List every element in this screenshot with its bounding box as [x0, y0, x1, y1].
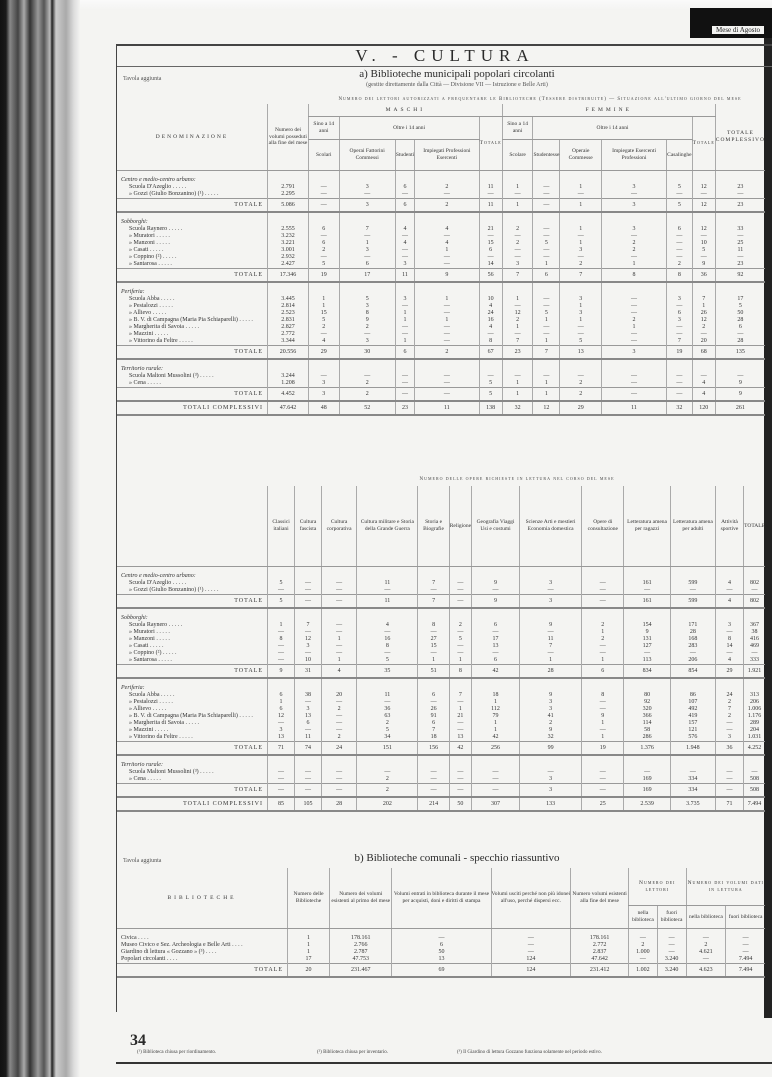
value: —: [450, 727, 471, 734]
total-value: 19: [309, 269, 340, 283]
value: 11: [480, 184, 502, 191]
value: —: [396, 254, 414, 261]
value: 1: [288, 935, 329, 942]
value-col: 1—8———: [268, 608, 295, 665]
value: —: [268, 629, 294, 636]
value: 2: [602, 240, 666, 247]
value-col: 53892—3: [339, 282, 395, 346]
value: 13: [450, 734, 471, 741]
value: 11: [357, 580, 417, 587]
value: —: [726, 935, 765, 942]
total-value: 802: [744, 595, 765, 609]
total-value: 6: [533, 269, 560, 283]
value: —: [396, 233, 414, 240]
value: 3: [520, 706, 581, 713]
value: —: [472, 629, 519, 636]
value: —: [396, 373, 414, 380]
group-label: Sobborghi:: [121, 615, 267, 622]
table-row: Centro e medio-centro urbano:Scuola D'Az…: [117, 171, 765, 199]
total-value: 29: [715, 665, 743, 679]
school-label: Scuola Maltoni Mussolini (³) . . . . .: [121, 373, 267, 380]
library-label: Giardino di lettura « Gozzano » (³) . . …: [121, 949, 287, 956]
value: —: [503, 331, 533, 338]
col-m-1: Operai Fattorini Commessi: [339, 140, 395, 171]
value: —: [295, 776, 321, 783]
value: —: [582, 650, 623, 657]
col-m-2: Studenti: [395, 140, 414, 171]
value: 4: [480, 303, 502, 310]
value: —: [472, 587, 519, 594]
value-col: 86107492419157121576: [670, 678, 715, 742]
total-value: 9: [472, 595, 520, 609]
value: —: [415, 310, 478, 317]
value: 10: [295, 657, 321, 664]
value-col: 3—22—1: [601, 212, 666, 269]
value-col: 3—11——1: [395, 282, 414, 346]
value: 2: [357, 776, 417, 783]
value: —: [322, 587, 356, 594]
total-value: 11: [395, 269, 414, 283]
value-col: 7—: [418, 567, 449, 595]
value: —: [322, 769, 356, 776]
row-labels: Sobborghi:Scuola Raynero . . . . .» Mura…: [117, 212, 268, 269]
value: 6: [309, 226, 339, 233]
total-value: 9: [715, 388, 765, 402]
value: 114: [624, 720, 670, 727]
value: 4: [716, 657, 743, 664]
value: 320: [624, 706, 670, 713]
value: 3: [560, 310, 601, 317]
value: —: [744, 587, 765, 594]
value: 20: [322, 692, 356, 699]
value: 2: [582, 636, 623, 643]
grand-total-value: 32: [502, 401, 533, 415]
total-row: TOTALE20.556293062672371331968135: [117, 346, 765, 360]
works-col-4: Storia e Biografie: [418, 486, 449, 567]
total-value: 42: [449, 742, 471, 756]
value: 3: [716, 734, 743, 741]
value: —: [693, 233, 715, 240]
total-value: 3.240: [657, 964, 686, 978]
value: 11: [520, 636, 581, 643]
value: —: [560, 191, 601, 198]
grand-total-value: 120: [692, 401, 715, 415]
total-value: —: [582, 784, 624, 798]
row-labels: Centro e medio-centro urbano:Scuola D'Az…: [117, 567, 268, 595]
col-f-3: Impiegate Esercenti Professioni: [601, 140, 666, 171]
value: 334: [671, 776, 715, 783]
value: 5: [533, 310, 559, 317]
value: 121: [671, 727, 715, 734]
value: —: [322, 727, 356, 734]
value: 2.814: [268, 303, 308, 310]
total-value: 6: [395, 346, 414, 360]
value: —: [415, 254, 478, 261]
value: 47.642: [571, 956, 628, 963]
col-lettori: Numero dei lettori: [629, 868, 686, 906]
col-m-sino14: Sino a 14 anni: [309, 117, 340, 140]
value: 3.445: [268, 296, 308, 303]
value: 5: [309, 261, 339, 268]
bottom-rule: [116, 1062, 772, 1064]
total-value: 4.623: [686, 964, 726, 978]
value: 3.232: [268, 233, 308, 240]
value-col: ——51——1: [533, 282, 560, 346]
value: 1: [450, 657, 471, 664]
value: —: [693, 254, 715, 261]
total-value: —: [295, 784, 322, 798]
school-label: » Cena . . . . .: [121, 776, 267, 783]
value-col: ——: [667, 359, 692, 388]
value: 13: [268, 734, 294, 741]
value: —: [716, 254, 765, 261]
value: —: [480, 254, 502, 261]
total-row: TOTALE93143551842286834854291.921: [117, 665, 765, 679]
total-row: TOTALE5——117—93—1615994802: [117, 595, 765, 609]
value-col: 1—1221—7: [502, 282, 533, 346]
value: 8: [480, 338, 502, 345]
value: 58: [624, 727, 670, 734]
value-col: ——: [295, 755, 322, 784]
value: 3: [503, 261, 533, 268]
school-label: » Margherita di Savoia . . . . .: [121, 324, 267, 331]
value: —: [357, 587, 417, 594]
value: 1: [309, 296, 339, 303]
value: 204: [744, 727, 765, 734]
value: 3: [309, 380, 339, 387]
grand-total-value: 3.735: [670, 797, 715, 811]
value: —: [268, 720, 294, 727]
value: 15: [309, 310, 339, 317]
book-spine: [0, 0, 80, 1077]
value: —: [658, 949, 686, 956]
total-value: —: [268, 784, 295, 798]
value-col: 11—36632534: [357, 678, 418, 742]
row-labels: Civica . . . .Museo Civico e Sez. Archeo…: [117, 929, 288, 964]
value-col: 181112791142: [472, 678, 520, 742]
value: 2: [309, 324, 339, 331]
value: 127: [624, 643, 670, 650]
value: —: [503, 254, 533, 261]
value: 1: [309, 303, 339, 310]
value: 16: [480, 317, 502, 324]
value-col: —334: [670, 755, 715, 784]
value: —: [415, 261, 478, 268]
value: —: [450, 776, 471, 783]
grand-total-value: 50: [449, 797, 471, 811]
value-col: 161—: [624, 567, 671, 595]
value-col: ——: [321, 755, 356, 784]
group-label: Centro e medio-centro urbano:: [121, 573, 267, 580]
total-value: —: [601, 388, 666, 402]
library-label: Civica . . . .: [121, 935, 287, 942]
col-maschi: MASCHI: [309, 104, 503, 117]
lib-sub-0: nella biblioteca: [629, 906, 658, 929]
value: —: [322, 622, 356, 629]
value: —: [415, 331, 478, 338]
value: 7: [693, 296, 715, 303]
value: 9: [520, 727, 581, 734]
total-value: 3: [601, 199, 666, 213]
value: 3: [295, 643, 321, 650]
value-col: 933412932: [519, 678, 581, 742]
value: 2: [415, 184, 478, 191]
col-f-4: Casalinghe: [667, 140, 692, 171]
value: 2: [629, 942, 657, 949]
value-col: 802—: [744, 567, 765, 595]
total-value: 19: [667, 346, 692, 360]
total-value: 7: [418, 595, 449, 609]
works-col-2: Cultura corporativa: [321, 486, 356, 567]
value: —: [492, 949, 571, 956]
value: 8: [418, 622, 448, 629]
total-row: TOTALE5.086—362111—1351223: [117, 199, 765, 213]
value: 80: [624, 692, 670, 699]
value: —: [533, 226, 559, 233]
value: 63: [357, 713, 417, 720]
value: —: [340, 331, 395, 338]
value: 286: [624, 734, 670, 741]
value: 12: [295, 636, 321, 643]
value: 2: [520, 720, 581, 727]
total-value: 6: [395, 199, 414, 213]
group-label: Periferia:: [121, 685, 267, 692]
value: —: [582, 643, 623, 650]
value: 1.031: [744, 734, 765, 741]
blank-header: [117, 486, 268, 567]
total-value: 24: [321, 742, 356, 756]
value-col: —508: [744, 755, 765, 784]
value: 5: [309, 317, 339, 324]
value: 157: [671, 720, 715, 727]
total-value: 99: [519, 742, 581, 756]
value-col: 2—2——3: [502, 212, 533, 269]
value-col: ——: [321, 567, 356, 595]
total-value: —: [395, 388, 414, 402]
table-row: Sobborghi:Scuola Raynero . . . . .» Mura…: [117, 608, 765, 665]
grand-total-value: 48: [309, 401, 340, 415]
total-value: —: [715, 784, 743, 798]
total-value: 68: [692, 346, 715, 360]
total-value: 2: [415, 199, 479, 213]
works-col-12: TOTALE: [744, 486, 765, 567]
value-col: ——: [295, 567, 322, 595]
value: 47.753: [330, 956, 391, 963]
value: 1: [520, 657, 581, 664]
value: 1: [268, 699, 294, 706]
value: 3: [667, 296, 691, 303]
school-label: » Vittorino da Feltre . . . . .: [121, 734, 267, 741]
total-value: 3: [339, 199, 395, 213]
value: —: [503, 233, 533, 240]
value-col: ——: [715, 755, 743, 784]
col-f-sino14: Sino a 14 anni: [502, 117, 533, 140]
value-col: 599—: [670, 567, 715, 595]
total-value: 1.921: [744, 665, 765, 679]
value: 9: [624, 629, 670, 636]
value: —: [716, 587, 743, 594]
value: —: [503, 191, 533, 198]
total-value: 599: [670, 595, 715, 609]
works-col-7: Scienze Arti e mestieri Economia domesti…: [519, 486, 581, 567]
value: —: [602, 254, 666, 261]
value: —: [667, 373, 691, 380]
value: —: [309, 233, 339, 240]
table-row: Centro e medio-centro urbano:Scuola D'Az…: [117, 567, 765, 595]
total-value: 30: [339, 346, 395, 360]
value: 178.161: [571, 935, 628, 942]
section-title: V. - CULTURA: [117, 46, 772, 67]
value-col: 178.1612.7722.83747.642: [571, 929, 629, 964]
library-label: Popolari circolanti . . . .: [121, 956, 287, 963]
value: 2.772: [571, 942, 628, 949]
value: —: [268, 643, 294, 650]
value-col: —5: [479, 359, 502, 388]
value: —: [396, 303, 414, 310]
value: 107: [671, 699, 715, 706]
total-value: 74: [295, 742, 322, 756]
total-value: 2: [357, 784, 418, 798]
value: 6: [472, 622, 519, 629]
value: —: [602, 380, 666, 387]
value: 9: [340, 317, 395, 324]
value: 4: [480, 324, 502, 331]
total-value: 231.412: [571, 964, 629, 978]
value: —: [418, 776, 448, 783]
value: —: [716, 727, 743, 734]
value: 12: [693, 184, 715, 191]
value: 2.932: [268, 254, 308, 261]
value: —: [309, 191, 339, 198]
value: 26: [693, 310, 715, 317]
value: —: [268, 776, 294, 783]
value: 1: [533, 380, 559, 387]
value: 3: [268, 727, 294, 734]
value: —: [602, 373, 666, 380]
total-label: TOTALE: [117, 742, 268, 756]
value: 2: [322, 706, 356, 713]
school-label: » Manzoni . . . . .: [121, 240, 267, 247]
value: 6: [396, 184, 414, 191]
value: —: [418, 769, 448, 776]
value: 6: [418, 720, 448, 727]
value: 1: [533, 261, 559, 268]
total-row: TOTALE20231.46769124231.4121.0023.2404.6…: [117, 964, 765, 978]
value: 469: [744, 643, 765, 650]
school-label: » Manzoni . . . . .: [121, 636, 267, 643]
value: 1: [560, 303, 601, 310]
value-col: 17550286—28: [715, 282, 765, 346]
value: 2: [560, 380, 601, 387]
value: 25: [716, 240, 765, 247]
value: —: [671, 650, 715, 657]
value: —: [480, 191, 502, 198]
total-value: 135: [715, 346, 765, 360]
total-value: 19: [582, 742, 624, 756]
row-labels: Periferia:Scuola Abba . . . . .» Pestalo…: [117, 678, 268, 742]
value-col: ——: [268, 755, 295, 784]
value: 9: [472, 580, 519, 587]
value: 7: [503, 338, 533, 345]
value: 24: [480, 310, 502, 317]
value: —: [268, 769, 294, 776]
top-band: [80, 0, 772, 10]
total-value: 12: [692, 199, 715, 213]
value: 3: [716, 622, 743, 629]
works-col-6: Geografia Viaggi Usi e costumi: [472, 486, 520, 567]
page: V. - CULTURA Tavola aggiunta a) Bibliote…: [116, 44, 772, 1012]
value-col: —1: [502, 359, 533, 388]
value-col: —2: [560, 359, 602, 388]
school-label: Scuola D'Azeglio . . . . .: [121, 580, 267, 587]
page-number: 34: [130, 1032, 146, 1050]
value: 1: [560, 226, 601, 233]
value: 1: [415, 317, 478, 324]
works-col-3: Cultura militare e Storia della Grande G…: [357, 486, 418, 567]
value: —: [667, 303, 691, 310]
value: —: [415, 191, 478, 198]
col-m-3: Impiegati Professioni Esercenti: [415, 140, 479, 171]
col-m-0: Scolari: [309, 140, 340, 171]
school-label: » Allievo . . . . .: [121, 310, 267, 317]
value: 1: [582, 629, 623, 636]
value-col: —9: [715, 359, 765, 388]
value-col: —3: [519, 755, 581, 784]
value: 366: [624, 713, 670, 720]
school-label: » Pestalozzi . . . . .: [121, 699, 267, 706]
value: 2.295: [268, 191, 308, 198]
school-label: » Pestalozzi . . . . .: [121, 303, 267, 310]
grand-total-value: 52: [339, 401, 395, 415]
value-col: 3—814—4: [715, 608, 743, 665]
value: —: [309, 184, 339, 191]
library-label: Museo Civico e Sez. Archeologia e Belle …: [121, 942, 287, 949]
value: 206: [744, 699, 765, 706]
value: 7: [295, 622, 321, 629]
lib-sub-1: fuori biblioteca: [657, 906, 686, 929]
value-col: 9—117—1: [519, 608, 581, 665]
value: 1: [560, 184, 601, 191]
value: 1: [288, 942, 329, 949]
value: 2: [716, 713, 743, 720]
value: —: [744, 650, 765, 657]
col-femmine: FEMMINE: [502, 104, 715, 117]
total-value: 56: [479, 269, 502, 283]
value: 1: [533, 317, 559, 324]
value-col: 2.7912.295: [268, 171, 309, 199]
value: 1: [322, 636, 356, 643]
value: —: [582, 580, 623, 587]
total-value: 20.556: [268, 346, 309, 360]
value-col: —24.621—: [686, 929, 726, 964]
value: 6: [480, 247, 502, 254]
value: 13: [295, 713, 321, 720]
value: —: [295, 587, 321, 594]
value: 32: [520, 734, 581, 741]
value: 4: [693, 380, 715, 387]
value-col: 3132061.0061.1762892041.031: [744, 678, 765, 742]
school-label: Scuola Abba . . . . .: [121, 692, 267, 699]
total-value: 8: [667, 269, 692, 283]
value: 5: [268, 580, 294, 587]
value: 6: [392, 942, 490, 949]
total-value: 3: [519, 784, 581, 798]
value: —: [624, 769, 670, 776]
group-label: Sobborghi:: [121, 219, 267, 226]
value: —: [693, 373, 715, 380]
value: 4: [716, 580, 743, 587]
total-value: 5.086: [268, 199, 309, 213]
